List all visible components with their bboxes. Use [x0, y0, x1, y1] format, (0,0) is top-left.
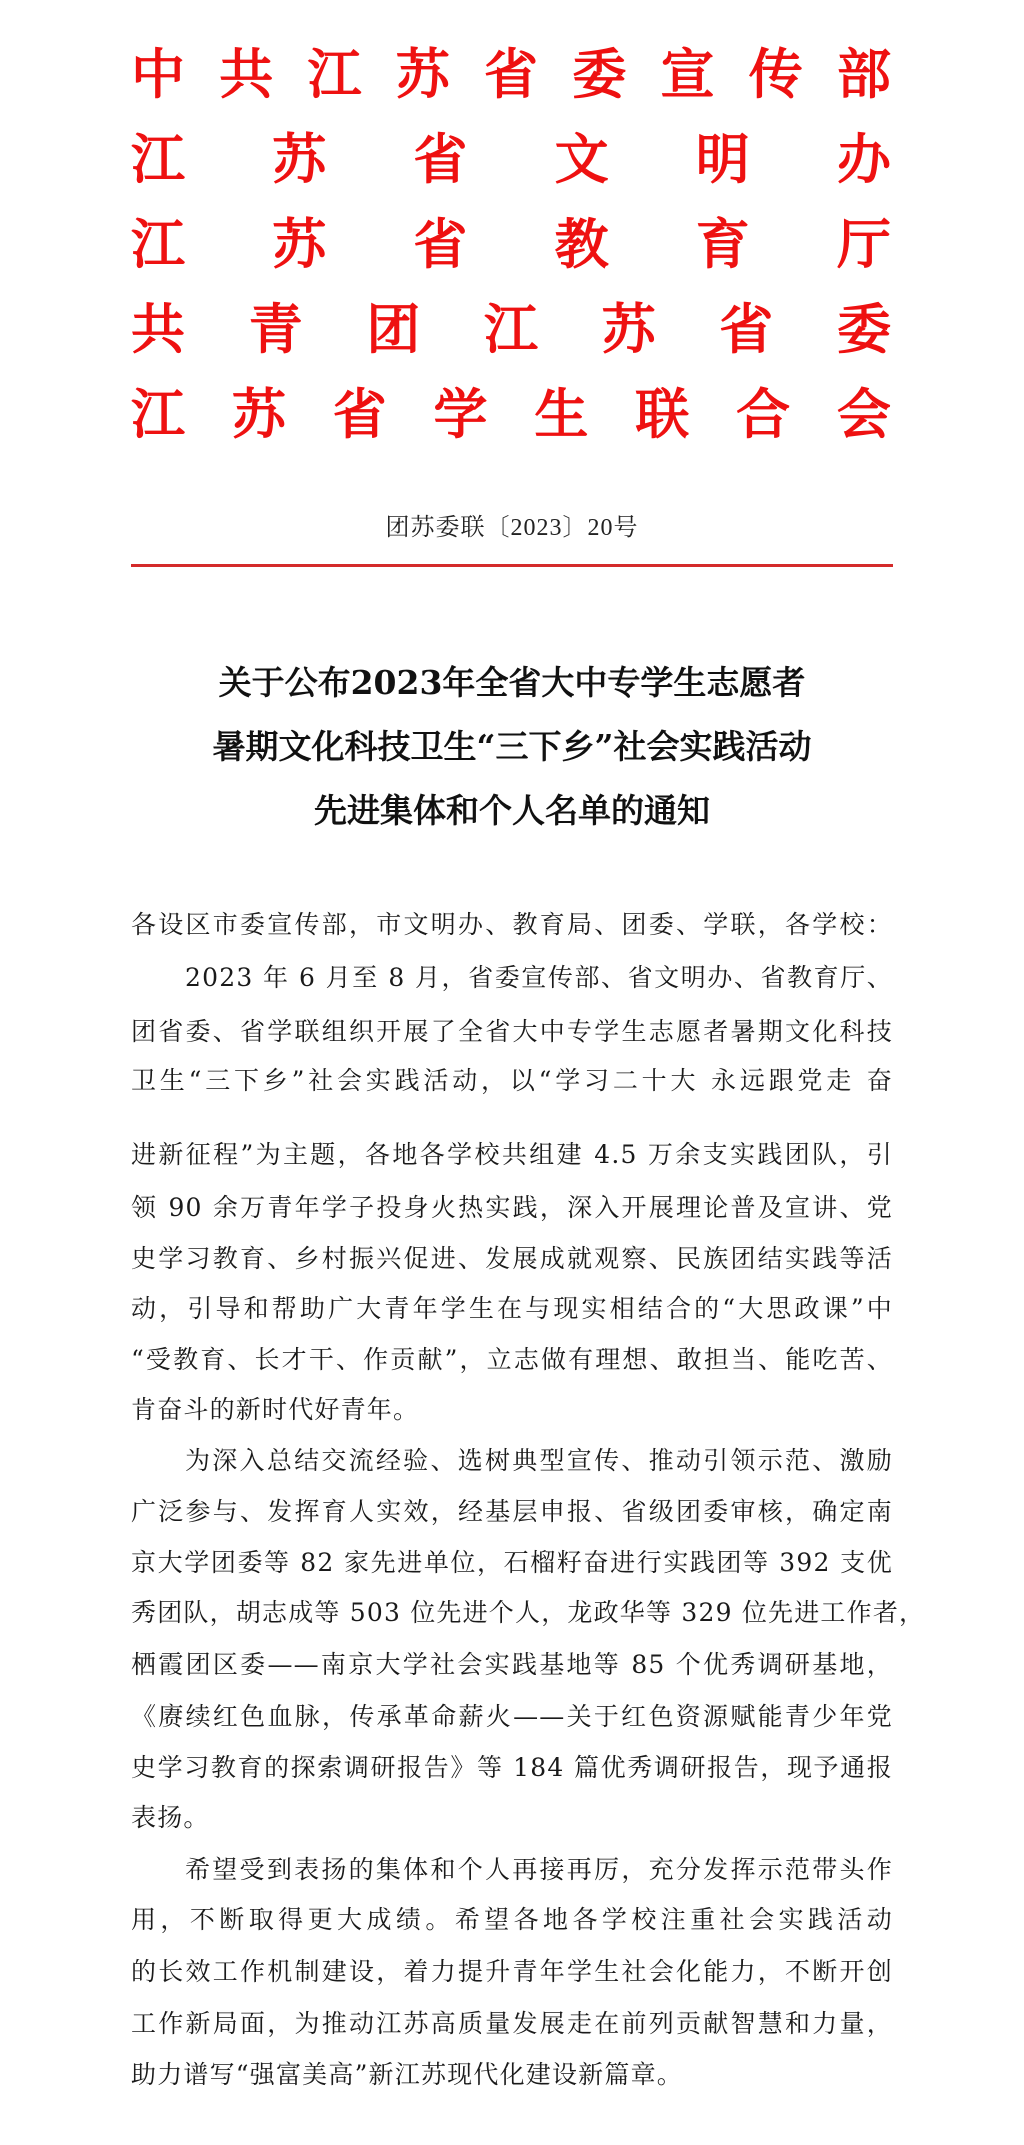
body-line: 2023 年 6 月至 8 月，省委宣传部、省文明办、省教育厅、: [185, 960, 893, 996]
header-char: 苏: [232, 384, 286, 444]
body-line: “受教育、长才干、作贡献”，立志做有理想、敢担当、能吃苦、: [131, 1342, 893, 1378]
body-line: 栖霞团区委——南京大学社会实践基地等 85 个优秀调研基地，: [131, 1647, 893, 1683]
issuer-row-propaganda-dept: 中 共 江 苏 省 委 宣 传 部: [131, 44, 891, 104]
header-char: 合: [736, 384, 790, 444]
document-page: 中 共 江 苏 省 委 宣 传 部 江 苏 省 文 明 办 江 苏 省 教 育 …: [0, 0, 1024, 2145]
header-char: 联: [635, 384, 689, 444]
header-char: 生: [534, 384, 588, 444]
body-line-text: 进新征程”为主题，各地各学校共组建 4.5 万余支实践团队，引: [131, 1137, 893, 1173]
body-line: 为深入总结交流经验、选树典型宣传、推动引领示范、激励: [185, 1443, 893, 1479]
body-line-text: 秀团队，胡志成等 503 位先进个人，龙政华等 329 位先进工作者，: [131, 1595, 893, 1631]
body-line-text: 助力谱写“强富美高”新江苏现代化建设新篇章。: [131, 2057, 893, 2093]
header-char: 青: [249, 299, 303, 359]
document-number: 团苏委联〔2023〕20号: [0, 514, 1024, 542]
body-line-text: 京大学团委等 82 家先进单位，石榴籽奋进行实践团等 392 支优: [131, 1545, 893, 1581]
header-char: 共: [219, 44, 273, 104]
header-char: 江: [131, 214, 185, 274]
issuer-row-education-dept: 江 苏 省 教 育 厅: [131, 214, 891, 274]
body-line-text: 肯奋斗的新时代好青年。: [131, 1392, 893, 1428]
body-line: 肯奋斗的新时代好青年。: [131, 1392, 893, 1428]
body-line-text: 卫生“三下乡”社会实践活动，以“学习二十大 永远跟党走 奋: [131, 1063, 893, 1099]
header-char: 部: [837, 44, 891, 104]
header-char: 厅: [837, 214, 891, 274]
body-line: 工作新局面，为推动江苏高质量发展走在前列贡献智慧和力量，: [131, 2006, 893, 2042]
header-char: 育: [696, 214, 750, 274]
header-char: 苏: [272, 214, 326, 274]
body-line-text: 的长效工作机制建设，着力提升青年学生社会化能力，不断开创: [131, 1954, 893, 1990]
body-line-text: 团省委、省学联组织开展了全省大中专学生志愿者暑期文化科技: [131, 1014, 893, 1050]
issuer-row-youth-league: 共 青 团 江 苏 省 委: [131, 299, 891, 359]
body-line: 希望受到表扬的集体和个人再接再厉，充分发挥示范带头作: [185, 1852, 893, 1888]
header-char: 省: [333, 384, 387, 444]
header-char: 传: [749, 44, 803, 104]
body-line-text: 史学习教育、乡村振兴促进、发展成就观察、民族团结实践等活: [131, 1241, 893, 1277]
header-char: 办: [837, 129, 891, 189]
body-line-text: 栖霞团区委——南京大学社会实践基地等 85 个优秀调研基地，: [131, 1647, 893, 1683]
header-char: 团: [366, 299, 420, 359]
body-line-text: 为深入总结交流经验、选树典型宣传、推动引领示范、激励: [185, 1443, 893, 1479]
body-line: 广泛参与、发挥育人实效，经基层申报、省级团委审核，确定南: [131, 1494, 893, 1530]
header-char: 江: [484, 299, 538, 359]
body-line: 团省委、省学联组织开展了全省大中专学生志愿者暑期文化科技: [131, 1014, 893, 1050]
body-line: 动，引导和帮助广大青年学生在与现实相结合的“大思政课”中: [131, 1291, 893, 1327]
header-char: 省: [413, 129, 467, 189]
body-line-text: 表扬。: [131, 1800, 893, 1836]
body-line: 各设区市委宣传部，市文明办、教育局、团委、学联，各学校：: [131, 907, 893, 943]
body-line: 《赓续红色血脉，传承革命薪火——关于红色资源赋能青少年党: [131, 1699, 893, 1735]
body-line: 京大学团委等 82 家先进单位，石榴籽奋进行实践团等 392 支优: [131, 1545, 893, 1581]
body-line: 用，不断取得更大成绩。希望各地各学校注重社会实践活动: [131, 1902, 893, 1938]
title-line-2: 暑期文化科技卫生“三下乡”社会实践活动: [0, 727, 1024, 767]
body-line: 秀团队，胡志成等 503 位先进个人，龙政华等 329 位先进工作者，: [131, 1595, 893, 1631]
body-line: 助力谱写“强富美高”新江苏现代化建设新篇章。: [131, 2057, 893, 2093]
issuer-row-student-federation: 江 苏 省 学 生 联 合 会: [131, 384, 891, 444]
header-char: 共: [131, 299, 185, 359]
body-line-text: 希望受到表扬的集体和个人再接再厉，充分发挥示范带头作: [185, 1852, 893, 1888]
body-line-text: 工作新局面，为推动江苏高质量发展走在前列贡献智慧和力量，: [131, 2006, 893, 2042]
header-char: 委: [837, 299, 891, 359]
header-char: 会: [837, 384, 891, 444]
header-char: 江: [131, 384, 185, 444]
header-char: 中: [131, 44, 185, 104]
body-line-text: 2023 年 6 月至 8 月，省委宣传部、省文明办、省教育厅、: [185, 960, 893, 996]
title-line-1: 关于公布2023年全省大中专学生志愿者: [0, 663, 1024, 703]
body-line: 史学习教育、乡村振兴促进、发展成就观察、民族团结实践等活: [131, 1241, 893, 1277]
body-line-text: 领 90 余万青年学子投身火热实践，深入开展理论普及宣讲、党: [131, 1190, 893, 1226]
body-line: 史学习教育的探索调研报告》等 184 篇优秀调研报告，现予通报: [131, 1750, 893, 1786]
body-line-text: “受教育、长才干、作贡献”，立志做有理想、敢担当、能吃苦、: [131, 1342, 893, 1378]
header-char: 文: [555, 129, 609, 189]
body-line: 进新征程”为主题，各地各学校共组建 4.5 万余支实践团队，引: [131, 1137, 893, 1173]
header-char: 教: [555, 214, 609, 274]
body-line-text: 各设区市委宣传部，市文明办、教育局、团委、学联，各学校：: [131, 907, 893, 943]
body-line: 表扬。: [131, 1800, 893, 1836]
header-char: 学: [434, 384, 488, 444]
body-line-text: 动，引导和帮助广大青年学生在与现实相结合的“大思政课”中: [131, 1291, 893, 1327]
header-char: 苏: [272, 129, 326, 189]
body-line-text: 广泛参与、发挥育人实效，经基层申报、省级团委审核，确定南: [131, 1494, 893, 1530]
header-char: 苏: [396, 44, 450, 104]
header-char: 省: [413, 214, 467, 274]
body-line-text: 史学习教育的探索调研报告》等 184 篇优秀调研报告，现予通报: [131, 1750, 893, 1786]
body-line: 领 90 余万青年学子投身火热实践，深入开展理论普及宣讲、党: [131, 1190, 893, 1226]
issuer-row-civilization-office: 江 苏 省 文 明 办: [131, 129, 891, 189]
header-char: 明: [696, 129, 750, 189]
header-char: 苏: [602, 299, 656, 359]
header-char: 省: [484, 44, 538, 104]
header-char: 江: [308, 44, 362, 104]
body-line-text: 用，不断取得更大成绩。希望各地各学校注重社会实践活动: [131, 1902, 893, 1938]
red-divider-rule: [131, 564, 893, 567]
body-line: 卫生“三下乡”社会实践活动，以“学习二十大 永远跟党走 奋: [131, 1063, 893, 1099]
header-char: 委: [572, 44, 626, 104]
header-char: 省: [719, 299, 773, 359]
title-line-3: 先进集体和个人名单的通知: [0, 791, 1024, 831]
body-line-text: 《赓续红色血脉，传承革命薪火——关于红色资源赋能青少年党: [131, 1699, 893, 1735]
header-char: 宣: [661, 44, 715, 104]
body-line: 的长效工作机制建设，着力提升青年学生社会化能力，不断开创: [131, 1954, 893, 1990]
header-char: 江: [131, 129, 185, 189]
